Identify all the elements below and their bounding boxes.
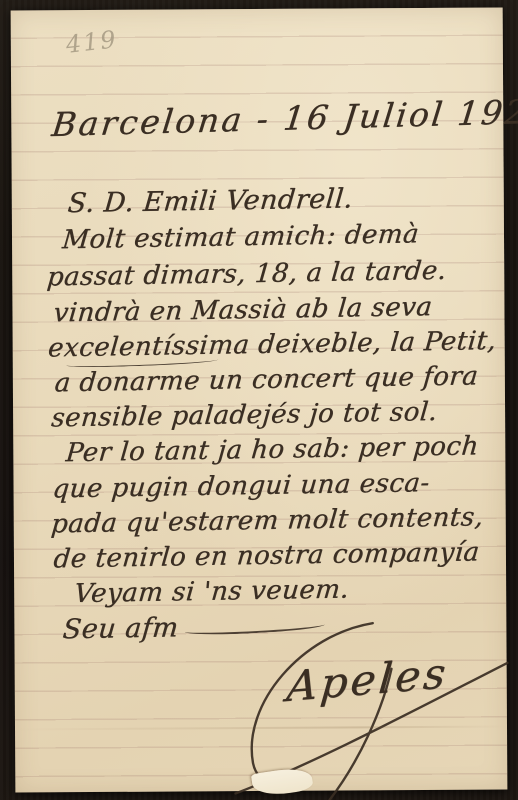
letter-dateline: Barcelona - 16 Juliol 1922 xyxy=(50,91,518,144)
letter-closing: Seu afm xyxy=(61,612,179,645)
letter-body-line: Veyam si 'ns veuem. xyxy=(73,575,351,610)
letter-salutation: S. D. Emili Vendrell. xyxy=(66,183,354,219)
photo-mount-background: 419 Barcelona - 16 Juliol 1922 S. D. Emi… xyxy=(0,0,518,800)
letter-body-line: que pugin dongui una esca- xyxy=(51,468,431,504)
letter-body-line: excelentíssima deixeble, la Petit, xyxy=(47,326,498,363)
letter-body-line: vindrà en Massià ab la seva xyxy=(52,292,433,328)
letter-body-line: de tenirlo en nostra companyía xyxy=(52,537,481,574)
letter-body-line: Per lo tant ja ho sab: per poch xyxy=(65,431,480,468)
letter-body-line: a donarme un concert que fora xyxy=(53,361,479,398)
handwriting-layer: Barcelona - 16 Juliol 1922 S. D. Emili V… xyxy=(7,5,512,795)
letter-body-line: passat dimars, 18, a la tarde. xyxy=(46,256,448,293)
letter-body-line: sensible paladejés jo tot sol. xyxy=(50,397,439,433)
letter-body-line: Molt estimat amich: demà xyxy=(61,219,420,255)
letter-body-line: pada qu'estarem molt contents, xyxy=(50,502,485,539)
letter-page: 419 Barcelona - 16 Juliol 1922 S. D. Emi… xyxy=(11,8,508,793)
